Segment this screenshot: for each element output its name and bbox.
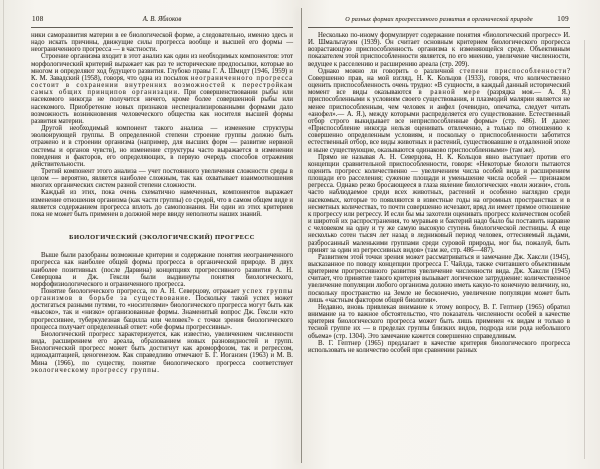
paragraph: Несколько по-иному формулирует содержани… [308,32,570,68]
left-running-title: А. В. Яблоков [31,14,293,25]
text-run: Несколько по-иному формулирует содержани… [308,32,570,68]
paragraph: Прямо не называя А. Н. Северцова, Н. К. … [308,154,570,254]
left-page: 108 А. В. Яблоков ники саморазвития мате… [31,14,293,374]
paragraph: В. Г. Гептнер (1965) предлагает в качест… [308,340,570,354]
text-run: (разрядка моя.— А. Я.) приспособленными … [308,89,570,153]
paragraph: Каждый из этих, пока очень схематично на… [31,189,293,218]
paragraph: Понятие биологического прогресса, по А. … [31,288,293,331]
right-page-edge-line [584,40,585,459]
text-run: Недавно, вновь привлекая внимание к этом… [308,304,570,340]
left-page-body: ники саморазвития материи в ее биологиче… [31,32,293,374]
right-page-header: О разных формах прогрессивного развития … [308,14,570,26]
text-run: Понятие биологического прогресса, по А. … [41,288,242,295]
left-page-header: 108 А. В. Яблоков [31,14,293,26]
right-page-body: Несколько по-иному формулирует содержани… [308,32,570,354]
scanned-book-spread: { "document": { "left_page": { "page_num… [0,0,600,469]
paragraph: Строение организма входит в этот анализ … [31,53,293,125]
text-run: БИОЛОГИЧЕСКИЙ (ЭКОЛОГИЧЕСКИЙ) ПРОГРЕСС [69,234,255,241]
text-run: Однако можно ли говорить о различной [318,68,460,75]
text-run: Развитием этой точки зрения может рассма… [308,254,570,304]
emphasized-text-run: степени приспособленности [460,68,567,75]
right-page-number: 109 [557,15,569,23]
text-run: В. Г. Гептнер (1965) предлагает в качест… [308,340,570,354]
left-header-rule [31,27,293,28]
text-run: Выше были разобраны возможные критерии и… [31,252,293,288]
paragraph: ники саморазвития материи в ее биологиче… [31,32,293,53]
paragraph: Третий компонент этого анализа — учет по… [31,168,293,189]
paragraph: Развитием этой точки зрения может рассма… [308,254,570,304]
right-running-title: О разных формах прогрессивного развития … [308,14,570,25]
right-page: О разных формах прогрессивного развития … [308,14,570,354]
text-run: Биологический прогресс характеризуется, … [31,331,293,367]
section-heading: БИОЛОГИЧЕСКИЙ (ЭКОЛОГИЧЕСКИЙ) ПРОГРЕСС [31,234,293,241]
book-spine-shadow [301,8,302,463]
paragraph: Биологический прогресс характеризуется, … [31,331,293,374]
left-page-number: 108 [32,15,44,23]
paragraph: Другой необходимый компонент такого анал… [31,125,293,168]
paragraph: Однако можно ли говорить о различной сте… [308,68,570,154]
text-run: Каждый из этих, пока очень схематично на… [31,189,293,217]
text-run: . [157,367,159,374]
text-run: ники саморазвития материи в ее биологиче… [31,32,293,53]
paragraph: Выше были разобраны возможные критерии и… [31,252,293,288]
text-run: Третий компонент этого анализа — учет по… [31,168,293,189]
text-run: Прямо не называя А. Н. Северцова, Н. К. … [308,154,570,254]
emphasized-text-run: экологическому прогрессу группы [31,367,157,374]
paragraph: Недавно, вновь привлекая внимание к этом… [308,304,570,340]
left-page-edge-line [3,0,4,469]
right-header-rule [308,27,570,28]
text-run: Другой необходимый компонент такого анал… [31,125,293,168]
